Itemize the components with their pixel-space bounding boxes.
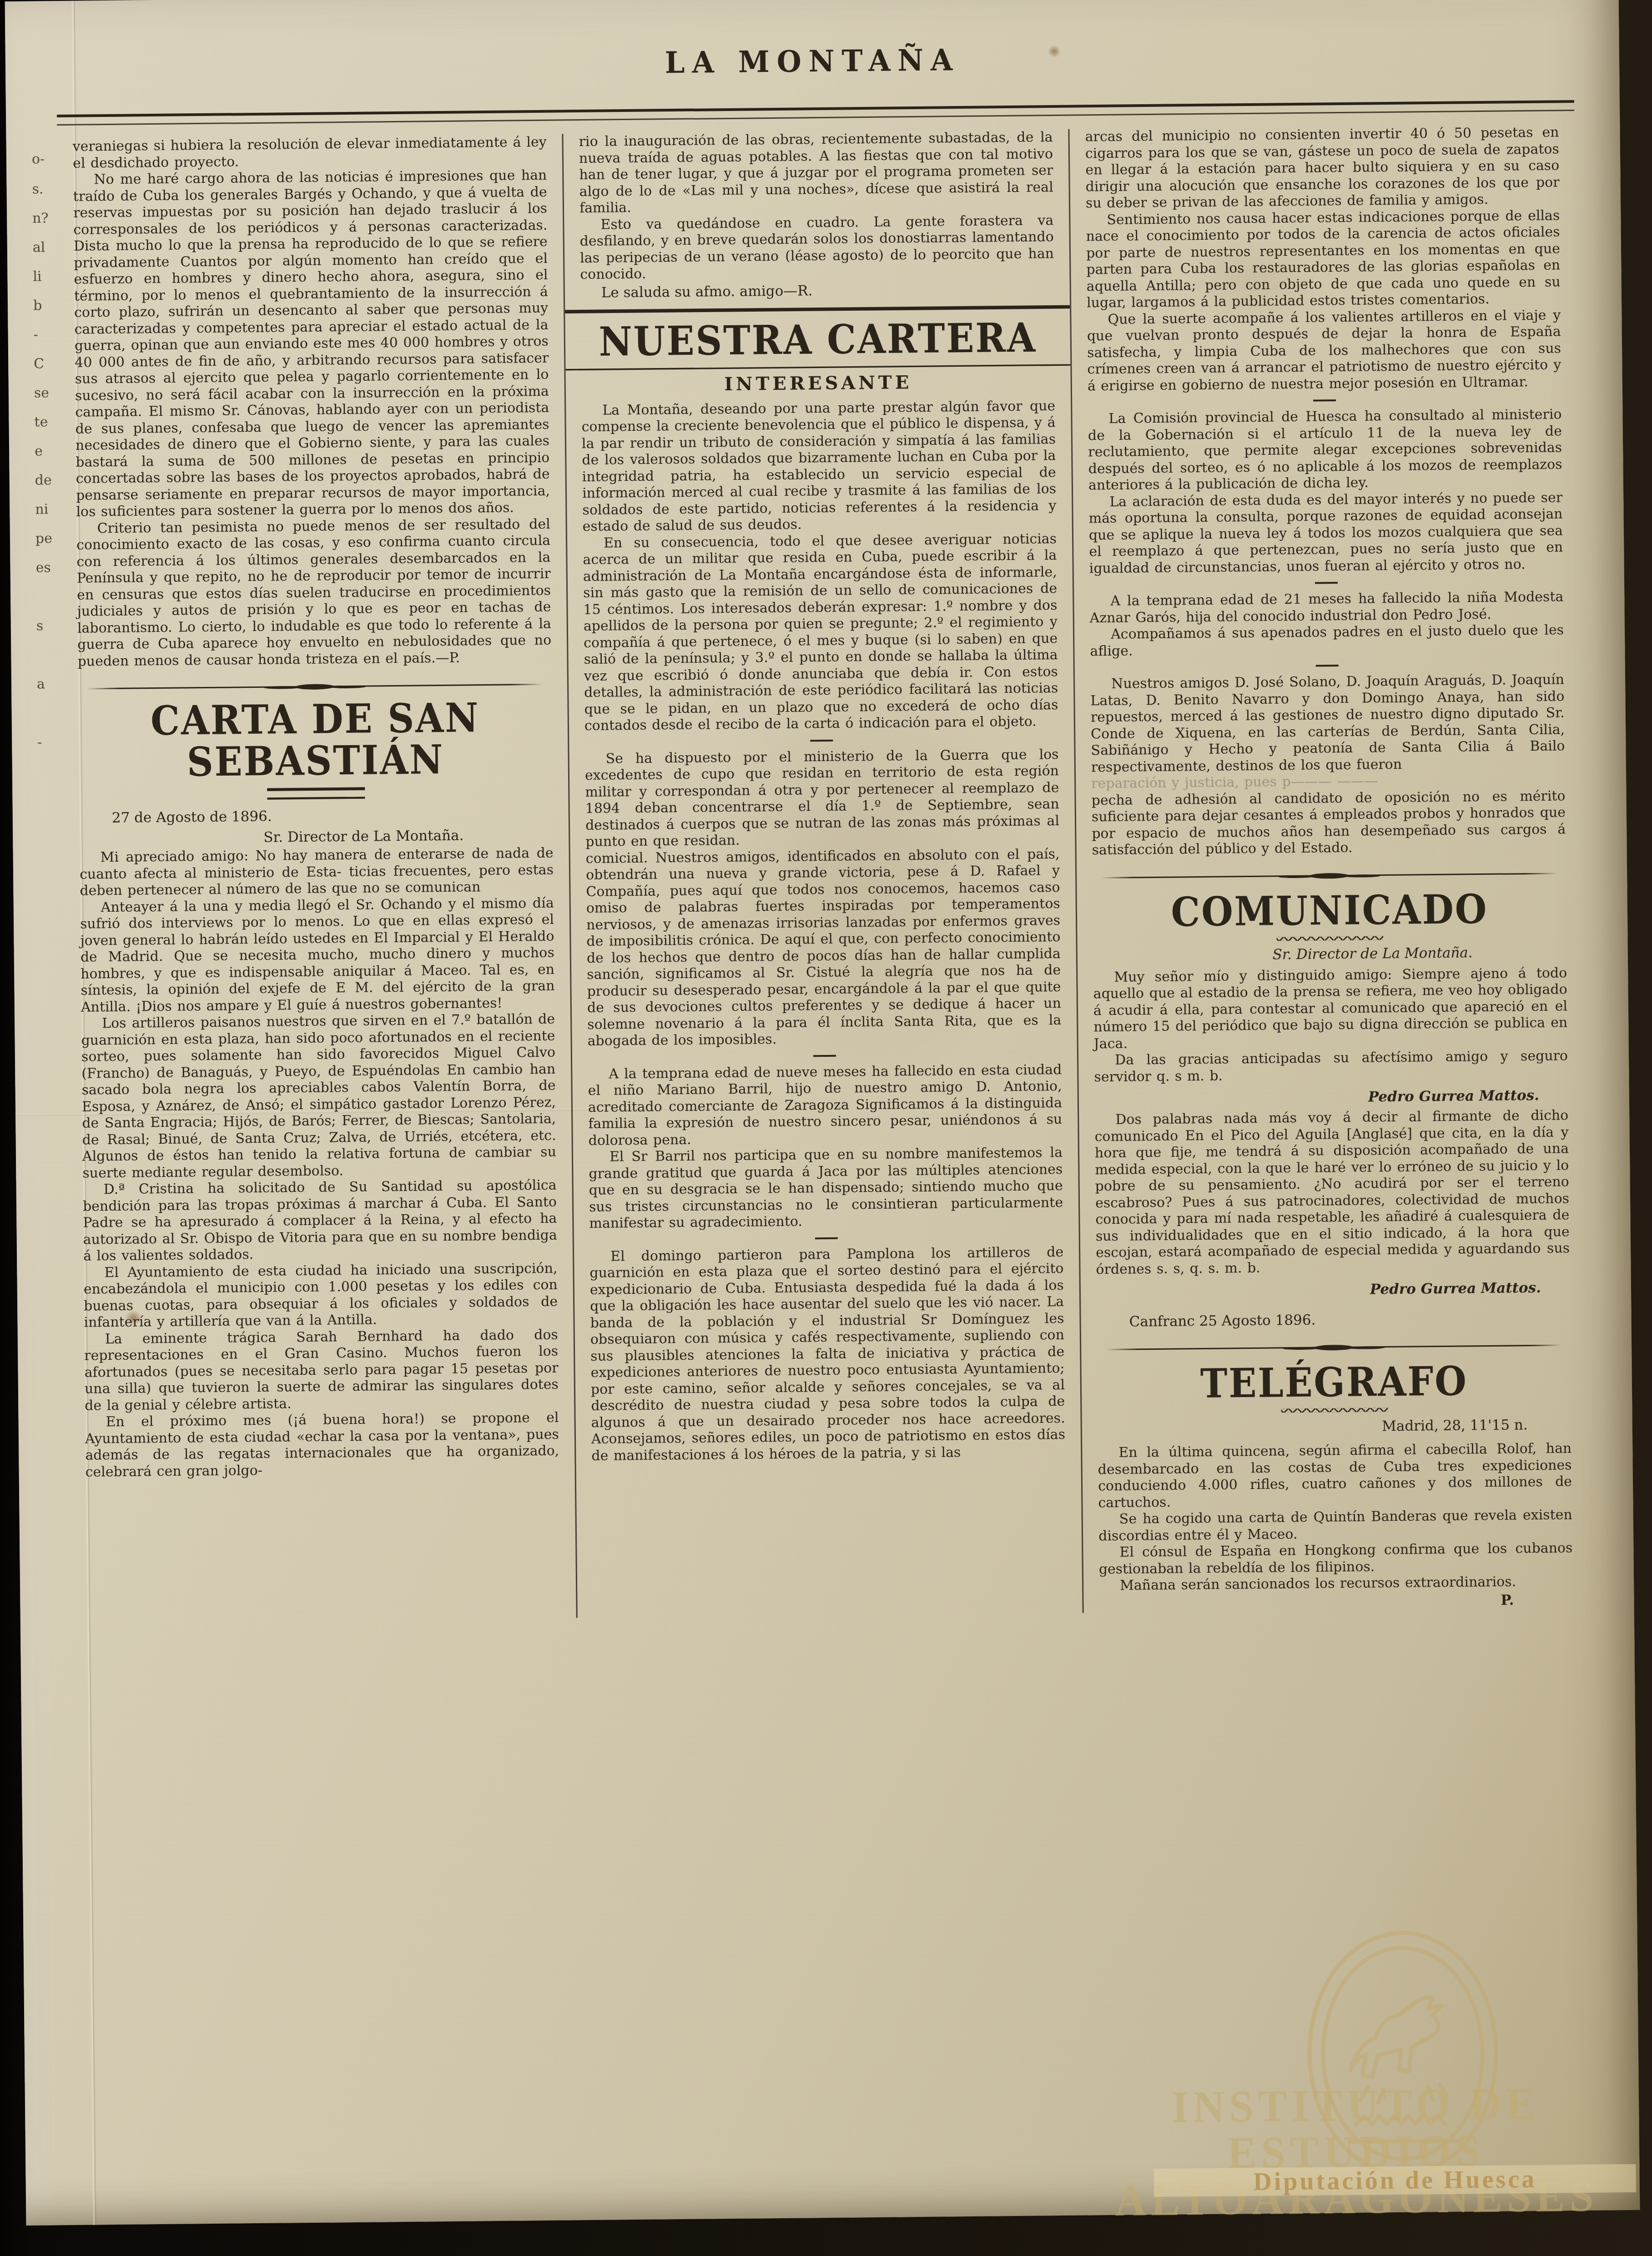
salutation: Sr. Director de La Montaña. bbox=[1093, 943, 1567, 965]
ornament-divider bbox=[1101, 868, 1557, 883]
newspaper-scan: LA MONTAÑA veraniegas si hubiera la reso… bbox=[0, 0, 1652, 2256]
paragraph: veraniegas si hubiera la resolución de e… bbox=[73, 134, 547, 172]
section-heading-text: CARTA DE SAN SEBASTIÁN bbox=[78, 696, 553, 784]
paragraph: pecha de adhesión al candidato de oposic… bbox=[1091, 788, 1566, 859]
section-heading-text: COMUNICADO bbox=[1093, 888, 1567, 934]
paragraph: Que la suerte acompañe á los valientes a… bbox=[1087, 307, 1561, 394]
edge-fragment: - bbox=[37, 734, 42, 750]
wavy-underline bbox=[1276, 936, 1383, 941]
edge-fragment: C bbox=[34, 356, 44, 372]
paragraph: La eminente trágica Sarah Bernhard ha da… bbox=[84, 1327, 559, 1414]
section-heading: NUESTRA CARTERA bbox=[565, 305, 1070, 370]
newspaper-title: LA MONTAÑA bbox=[5, 36, 1620, 86]
edge-fragment: es bbox=[35, 560, 50, 575]
edge-fragment: s. bbox=[32, 181, 43, 197]
edge-fragment: n? bbox=[32, 210, 49, 226]
salutation: Sr. Director de La Montaña. bbox=[79, 826, 553, 848]
paragraph: Acompañamos á sus apenados padres en el … bbox=[1090, 622, 1564, 660]
column-2: rio la inauguración de las obras, recien… bbox=[563, 129, 1083, 1618]
paragraph: Dos palabras nada más voy á decir al fir… bbox=[1094, 1107, 1570, 1278]
signature: Pedro Gurrea Mattos. bbox=[1094, 1087, 1539, 1108]
masthead-double-rule bbox=[57, 100, 1574, 126]
paragraph: En el próximo mes (¡á buena hora!) se pr… bbox=[85, 1410, 559, 1481]
institute-watermark-line1: INSTITUTO DE ESTUDIOS bbox=[1062, 2079, 1650, 2178]
paragraph: comicial. Nuestros amigos, identificados… bbox=[586, 846, 1062, 1050]
paragraph: El cónsul de España en Hongkong confirma… bbox=[1098, 1540, 1573, 1578]
edge-fragment: se bbox=[34, 385, 49, 401]
edge-fragment: pe bbox=[35, 530, 52, 546]
paragraph: La Montaña, deseando por una parte prest… bbox=[581, 398, 1057, 535]
paragraph: Sentimiento nos causa hacer estas indica… bbox=[1086, 207, 1561, 312]
paragraph: Se ha cogido una carta de Quintín Bander… bbox=[1098, 1507, 1573, 1545]
paragraph: A la temprana edad de 21 meses ha fallec… bbox=[1089, 589, 1564, 626]
diputacion-watermark: Diputación de Huesca bbox=[1153, 2164, 1636, 2197]
paragraph: rio la inauguración de las obras, recien… bbox=[579, 129, 1053, 217]
paragraph: La aclaración de esta duda es del mayor … bbox=[1088, 490, 1563, 577]
ornament-divider bbox=[1106, 1340, 1561, 1356]
paragraph: Se ha dispuesto por el ministerio de la … bbox=[584, 747, 1059, 851]
edge-fragment: s bbox=[36, 618, 44, 634]
date-line: 27 de Agosto de 1896. bbox=[79, 805, 553, 827]
edge-fragment: e bbox=[35, 443, 43, 459]
section-heading: TELÉGRAFO bbox=[1097, 1359, 1571, 1414]
subheading: INTERESANTE bbox=[581, 370, 1055, 396]
paragraph: D.ª Cristina ha solicitado de Su Santida… bbox=[83, 1177, 558, 1265]
gutter-edge-fragments: o-s.n?allib-Cseteedenipeessa- bbox=[5, 0, 1619, 1]
paragraph: El Sr Barril nos participa que en su nom… bbox=[589, 1145, 1063, 1232]
paragraph: Esto va quedándose en cuadro. La gente f… bbox=[579, 212, 1054, 283]
dash-divider bbox=[1315, 582, 1338, 584]
paragraph: En su consecuencia, todo el que desee av… bbox=[583, 531, 1058, 735]
edge-fragment: ni bbox=[35, 501, 48, 517]
newspaper-page: LA MONTAÑA veraniegas si hubiera la reso… bbox=[5, 0, 1640, 2226]
paragraph: Criterio tan pesimista no puede menos de… bbox=[76, 516, 552, 670]
paragraph: arcas del municipio no consienten invert… bbox=[1085, 124, 1560, 212]
column-layout: veraniegas si hubiera la resolución de e… bbox=[57, 124, 1589, 1623]
section-heading-text: NUESTRA CARTERA bbox=[565, 316, 1070, 363]
edge-fragment: - bbox=[33, 327, 38, 343]
institute-watermark: INSTITUTO DE ESTUDIOS ALTOARAGONESES bbox=[1062, 2079, 1650, 2224]
edge-fragment: te bbox=[34, 414, 48, 430]
telegram-dateline: Madrid, 28, 11'15 n. bbox=[1098, 1417, 1528, 1438]
column-1: veraniegas si hubiera la resolución de e… bbox=[57, 134, 578, 1622]
section-heading-text: TELÉGRAFO bbox=[1097, 1359, 1571, 1406]
dash-divider bbox=[815, 1237, 838, 1239]
paragraph: El domingo partieron para Pamplona los a… bbox=[589, 1244, 1066, 1464]
paragraph: Anteayer á la una y media llegó el Sr. O… bbox=[80, 895, 555, 1016]
edge-fragment: li bbox=[33, 268, 42, 284]
dash-divider bbox=[1313, 399, 1336, 401]
dash-divider bbox=[813, 1055, 836, 1056]
section-heading: COMUNICADO bbox=[1093, 888, 1567, 943]
date-line: Canfranc 25 Agosto 1896. bbox=[1096, 1309, 1570, 1331]
paragraph: Nuestros amigos D. José Solano, D. Joaqu… bbox=[1090, 671, 1565, 776]
signature: Pedro Gurrea Mattos. bbox=[1096, 1279, 1541, 1301]
section-heading: CARTA DE SAN SEBASTIÁN bbox=[78, 696, 553, 802]
paragraph: Muy señor mío y distinguido amigo: Siemp… bbox=[1093, 965, 1568, 1052]
column-3: arcas del municipio no consienten invert… bbox=[1069, 124, 1588, 1613]
dash-divider bbox=[1316, 665, 1339, 666]
paragraph: No me haré cargo ahora de las noticias é… bbox=[73, 167, 550, 520]
masthead: LA MONTAÑA bbox=[5, 37, 1620, 86]
paragraph: Los artilleros paisanos nuestros que sir… bbox=[81, 1011, 556, 1182]
wavy-underline bbox=[1281, 1408, 1388, 1413]
paragraph: En la última quincena, según afirma el c… bbox=[1098, 1441, 1572, 1512]
edge-fragment: o- bbox=[32, 151, 45, 167]
paragraph: El Ayuntamiento de esta ciudad ha inicia… bbox=[83, 1260, 558, 1331]
dash-divider bbox=[810, 739, 833, 741]
correspondent-initial: P. bbox=[1099, 1591, 1514, 1613]
sign-off: Le saluda su afmo. amigo—R. bbox=[580, 280, 1054, 302]
edge-fragment: al bbox=[33, 239, 45, 255]
ornament-divider bbox=[87, 679, 543, 695]
paragraph: A la temprana edad de nueve meses ha fal… bbox=[588, 1062, 1063, 1149]
paragraph: Mi apreciado amigo: No hay manera de ent… bbox=[80, 845, 554, 899]
edge-fragment: a bbox=[37, 676, 45, 692]
paragraph: La Comisión provincial de Huesca ha cons… bbox=[1088, 406, 1562, 494]
heading-underline bbox=[267, 787, 365, 800]
edge-fragment: b bbox=[33, 298, 42, 313]
paragraph: Da las gracias anticipadas su afectísimo… bbox=[1094, 1048, 1568, 1085]
edge-fragment: de bbox=[35, 472, 52, 488]
